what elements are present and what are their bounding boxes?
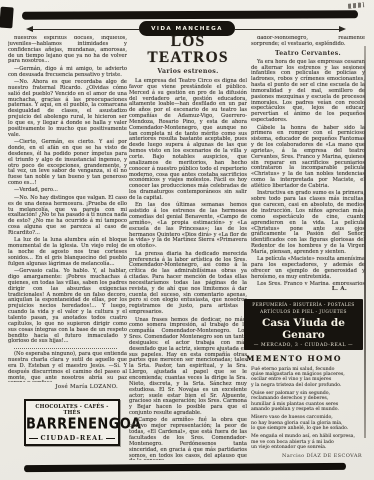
middle-column: LOS TEATROS Varios estrenos. La empresa …: [129, 34, 247, 460]
left-paragraph: —Germán, digo á mi amigo, te advierto co…: [8, 67, 127, 79]
left-paragraph: —Cierto, Germán, es cierto. Y así por do…: [8, 140, 127, 187]
right-column: dador-Montenegro, realmente sorprende; e…: [251, 36, 365, 285]
scan-blob-top-left: [0, 7, 14, 29]
ad-barrenengoa: CHOCOLATES - CAFÉS - THÉS BARRENENGOA CI…: [24, 399, 120, 446]
left-column: nuestros espíritus dóciles, inquietos, j…: [8, 36, 127, 382]
ad-genaro-address: — MERCADO, 3 - CIUDAD-REAL —: [244, 343, 363, 348]
poem-stanza: Quise ser palomar y sin segundo, reclama…: [246, 391, 366, 412]
poem-stanza: Me engaña el mundo así, en hábil sorpres…: [246, 434, 366, 450]
left-paragraph: nuestros espíritus dóciles, inquietos, j…: [8, 36, 127, 65]
banner-arrow-left: [26, 26, 33, 32]
ad-genaro-name: Casa Viuda de Genaro: [244, 317, 363, 341]
article-title: LOS TEATROS: [129, 34, 247, 66]
poem-signature: Narciso DÍAZ DE ESCOVAR: [246, 453, 366, 459]
left-paragraph: (No esperaba ninguno), para que entienda…: [8, 352, 127, 382]
banner-rule-left: [33, 29, 139, 30]
ad-genaro: PERFUMERÍA - BISUTERÍA - POSTALES ARTÍCU…: [244, 299, 363, 350]
top-border-bar: [22, 10, 358, 19]
article-subtitle: Varios estrenos.: [129, 68, 247, 75]
page-corner-mark: [348, 2, 364, 9]
left-paragraph: La luz de la luna alumbra aún el bloque …: [8, 238, 127, 267]
author-signature-la: L. A.: [251, 286, 347, 292]
cervantes-paragraph: Los Sres. Franco y Marina, empresarios d…: [251, 282, 365, 285]
cervantes-paragraph: Cábele la honra de haber sido la primera…: [251, 126, 365, 190]
left-paragraph: —Verdad, pero...: [8, 188, 127, 194]
left-paragraph: —No. Ahora es que recordaba algo de nues…: [8, 80, 127, 138]
poem-stanza: Fué eterno paria mi salud, fecundo quise…: [246, 367, 366, 388]
cervantes-paragraph: Instructiva en grado sumo es la primera,…: [251, 191, 365, 255]
ad-barrenengoa-name: BARRENENGOA: [26, 416, 118, 434]
banner-rule-right: [235, 29, 339, 30]
cervantes-paragraph: Ya era hora de que las empresas cesaran …: [251, 60, 365, 124]
author-signature-lozano: José María LOZANO.: [8, 384, 118, 390]
theaters-paragraph: «Campo de armiño» fué la obra que obtuvo…: [129, 418, 247, 460]
theaters-paragraph: En las dos últimas semanas hemos asistid…: [129, 203, 247, 250]
theaters-paragraph: La prensa diaria ha dedicado merecida pr…: [129, 252, 247, 316]
left-paragraph: —No. No hay distingos que valgan. El cas…: [8, 196, 127, 237]
theaters-paragraph: Unas frases hemos de dedicar, no más, co…: [129, 318, 247, 417]
section-divider: [14, 348, 117, 349]
poem-stanza: Mísero vaso de huesos carcomido, no hay …: [246, 415, 366, 431]
cervantes-lead: dador-Montenegro, realmente sorprende; e…: [251, 36, 365, 48]
cervantes-paragraph: La película «Maciste» resulta amenísima …: [251, 257, 365, 280]
poem-section: MEMENTO HOMO Fué eterno paria mi salud, …: [246, 354, 366, 459]
ad-barrenengoa-products: CHOCOLATES - CAFÉS - THÉS: [26, 404, 118, 416]
banner-arrow-right: [339, 26, 346, 32]
cervantes-heading: Teatro Cervantes.: [251, 50, 365, 57]
theaters-paragraph: La empresa del Teatro Circo es digna del…: [129, 79, 247, 202]
newspaper-page: VIDA MANCHEGA nuestros espíritus dóciles…: [0, 0, 374, 480]
ad-barrenengoa-city: CIUDAD-REAL: [29, 434, 115, 442]
bottom-border-bar: [24, 463, 346, 472]
poem-title: MEMENTO HOMO: [246, 354, 366, 363]
left-paragraph: —Gervasio calla. Yo hablo. Y, al hablar,…: [8, 269, 127, 345]
ad-genaro-line2: ARTÍCULOS DE PIEL - JUGUETES: [244, 310, 363, 315]
ad-genaro-line1: PERFUMERÍA - BISUTERÍA - POSTALES: [244, 303, 363, 308]
